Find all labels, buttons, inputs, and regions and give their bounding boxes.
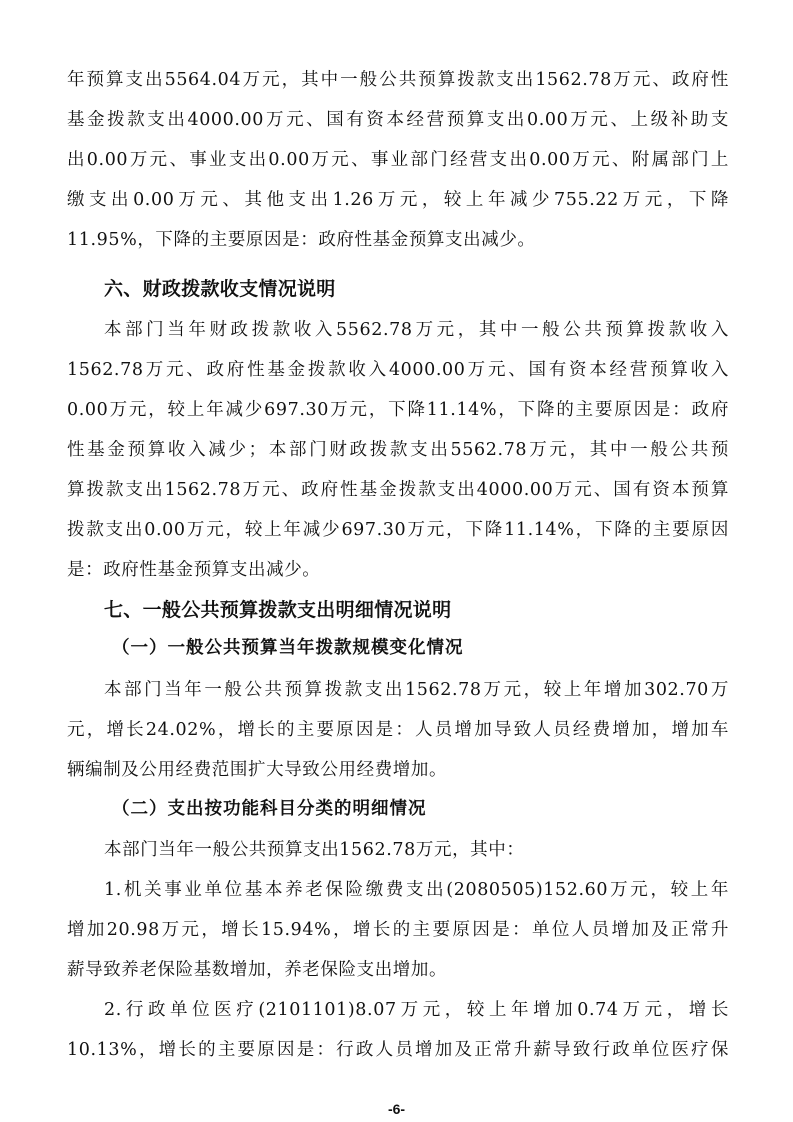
paragraph-line: 元，增长24.02%，增长的主要原因是：人员增加导致人员经费增加，增加车 [67, 718, 729, 742]
paragraph-line: 1.机关事业单位基本养老保险缴费支出(2080505)152.60万元，较上年 [104, 878, 729, 902]
paragraph-line: 本部门当年财政拨款收入5562.78万元，其中一般公共预算拨款收入 [104, 318, 729, 342]
paragraph-line: 0.00万元，较上年减少697.30万元，下降11.14%，下降的主要原因是：政… [67, 398, 729, 422]
subsection-heading-1: （一）一般公共预算当年拨款规模变化情况 [112, 636, 464, 660]
paragraph-line: 年预算支出5564.04万元，其中一般公共预算拨款支出1562.78万元、政府性 [67, 68, 729, 92]
paragraph-line: 基金拨款支出4000.00万元、国有资本经营预算支出0.00万元、上级补助支 [67, 108, 729, 132]
paragraph-line: 缴支出0.00万元、其他支出1.26万元，较上年减少755.22万元，下降 [67, 188, 729, 212]
section-heading-6: 六、财政拨款收支情况说明 [104, 276, 336, 302]
paragraph-line: 1562.78万元、政府性基金拨款收入4000.00万元、国有资本经营预算收入 [67, 358, 729, 382]
paragraph-line: 本部门当年一般公共预算拨款支出1562.78万元，较上年增加302.70万 [104, 678, 729, 702]
section-heading-7: 七、一般公共预算拨款支出明细情况说明 [104, 597, 451, 623]
paragraph-line: 出0.00万元、事业支出0.00万元、事业部门经营支出0.00万元、附属部门上 [67, 148, 729, 172]
paragraph-line: 是：政府性基金预算支出减少。 [67, 558, 729, 582]
paragraph-line: 2.行政单位医疗(2101101)8.07万元，较上年增加0.74万元，增长 [104, 998, 729, 1022]
document-page: 年预算支出5564.04万元，其中一般公共预算拨款支出1562.78万元、政府性… [0, 0, 793, 1122]
paragraph-line: 增加20.98万元，增长15.94%，增长的主要原因是：单位人员增加及正常升 [67, 918, 729, 942]
paragraph-line: 算拨款支出1562.78万元、政府性基金拨款支出4000.00万元、国有资本预算 [67, 478, 729, 502]
paragraph-line: 辆编制及公用经费范围扩大导致公用经费增加。 [67, 758, 729, 782]
subsection-heading-2: （二）支出按功能科目分类的明细情况 [112, 797, 427, 821]
paragraph-line: 薪导致养老保险基数增加，养老保险支出增加。 [67, 958, 729, 982]
paragraph-line: 10.13%，增长的主要原因是：行政人员增加及正常升薪导致行政单位医疗保 [67, 1038, 729, 1062]
paragraph-line: 性基金预算收入减少；本部门财政拨款支出5562.78万元，其中一般公共预 [67, 438, 729, 462]
paragraph-line: 拨款支出0.00万元，较上年减少697.30万元，下降11.14%，下降的主要原… [67, 518, 729, 542]
paragraph-line: 本部门当年一般公共预算支出1562.78万元，其中： [104, 838, 729, 862]
page-number: -6- [0, 1101, 793, 1117]
paragraph-line: 11.95%，下降的主要原因是：政府性基金预算支出减少。 [67, 228, 729, 252]
